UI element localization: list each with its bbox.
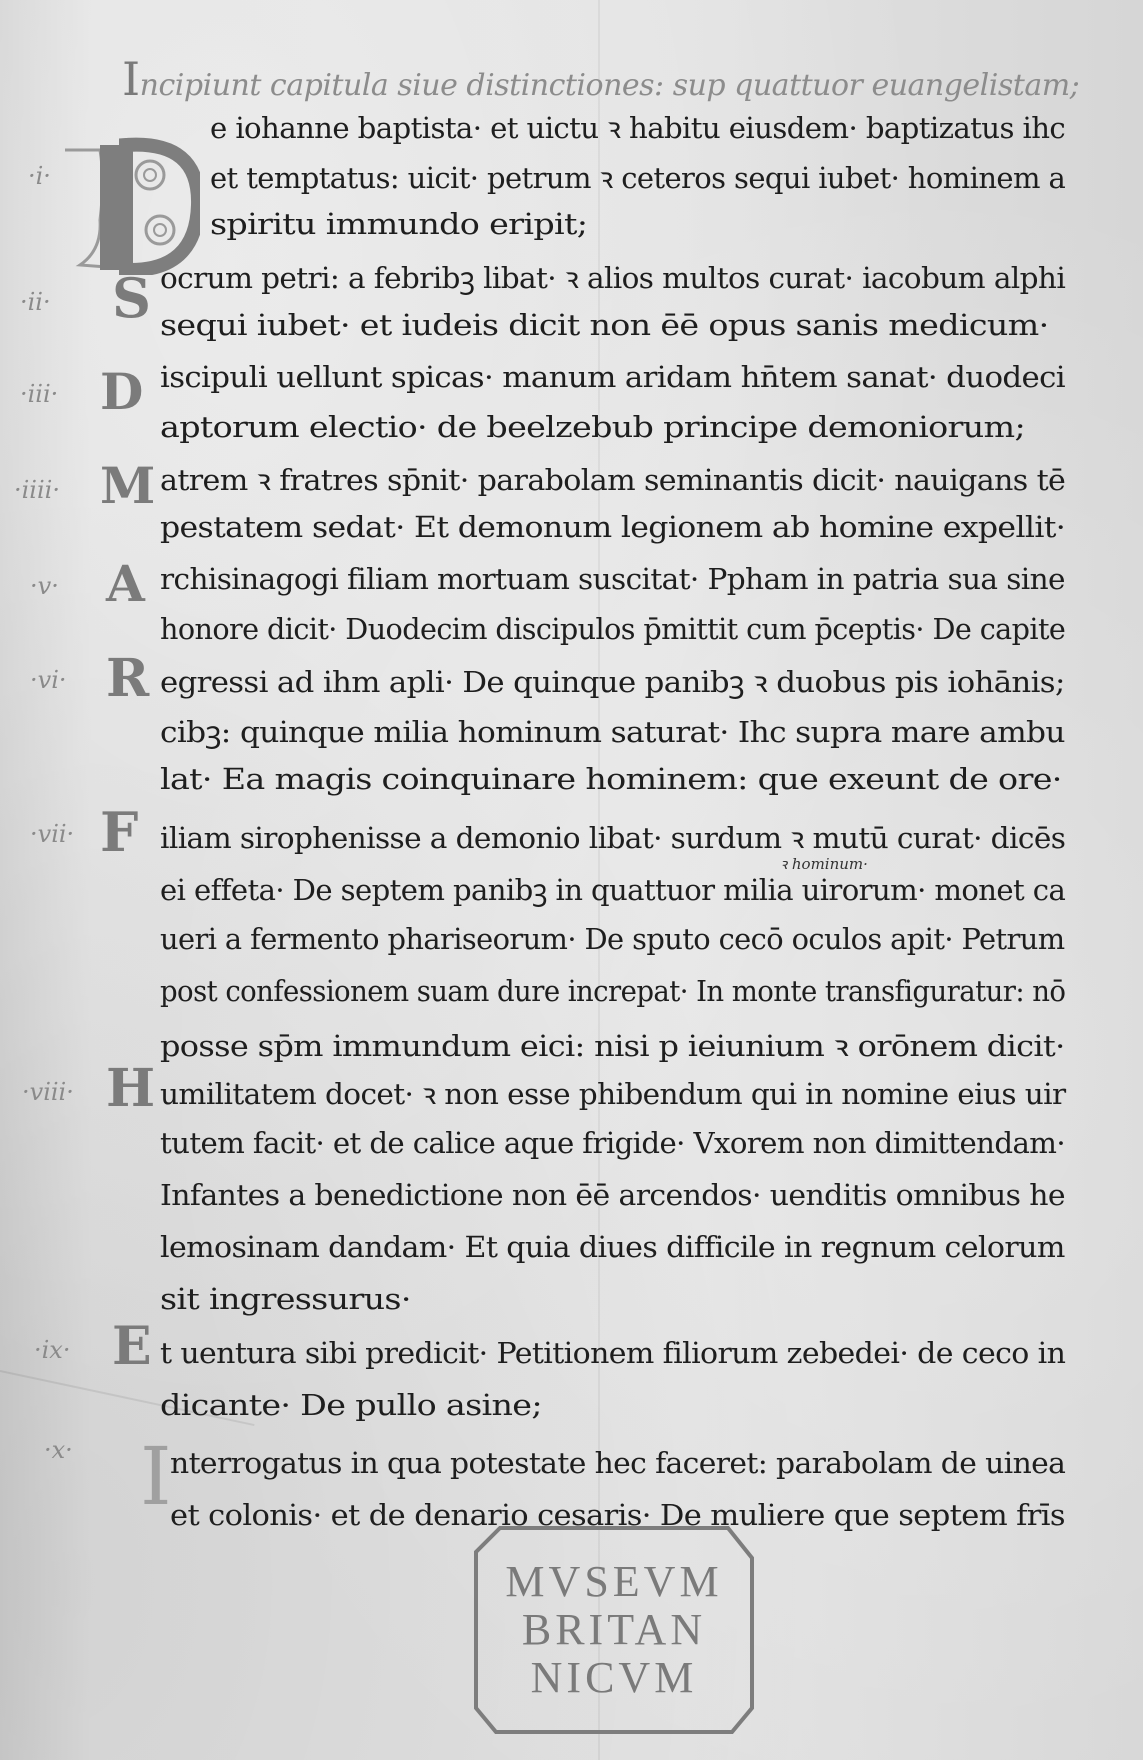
text-line: dicante· De pullo asine;: [160, 1388, 542, 1422]
chapter-numeral: ·vi·: [30, 666, 67, 694]
text-line: tutem facit· et de calice aque frigide· …: [160, 1126, 1065, 1160]
chapter-initial: D: [100, 362, 143, 421]
text-line: et temptatus: uicit· petrum ꝛ ceteros se…: [210, 158, 1065, 197]
stamp-line: BRITAN: [522, 1606, 706, 1654]
text-line: post confessionem suam dure increpat· In…: [160, 974, 1065, 1008]
chapter-numeral: ·i·: [28, 162, 51, 190]
text-line: lemosinam dandam· Et quia diues difficil…: [160, 1230, 1065, 1264]
chapter-initial: A: [106, 554, 145, 613]
chapter-numeral: ·viii·: [22, 1078, 74, 1106]
text-line: honore dicit· Duodecim discipulos p̄mitt…: [160, 612, 1065, 646]
text-line: iliam sirophenisse a demonio libat· surd…: [160, 818, 1065, 857]
text-line: sequi iubet· et iudeis dicit non ēē opus…: [160, 308, 1049, 342]
chapter-numeral: ·ii·: [20, 288, 51, 316]
text-line: t uentura sibi predicit· Petitionem fili…: [160, 1336, 1065, 1370]
text-line: sit ingressurus·: [160, 1282, 411, 1316]
text-line: ei effeta· De septem panibꝫ in quattuor …: [160, 870, 1065, 909]
chapter-numeral: ·iiii·: [14, 476, 60, 504]
text-line: atrem ꝛ fratres sp̄nit· parabolam semina…: [160, 460, 1065, 499]
chapter-initial: I: [140, 1430, 172, 1523]
text-line: ueri a fermento phariseorum· De sputo ce…: [160, 922, 1065, 956]
text-line: umilitatem docet· ꝛ non esse phibendum q…: [160, 1074, 1065, 1113]
chapter-initial: R: [106, 648, 149, 709]
chapter-initial: E: [112, 1316, 152, 1377]
text-line: nterrogatus in qua potestate hec faceret…: [170, 1446, 1065, 1480]
chapter-numeral: ·vii·: [30, 820, 74, 848]
text-line: posse sp̄m immundum eici: nisi p ieiuniu…: [160, 1026, 1065, 1065]
chapter-initial: F: [100, 800, 138, 864]
heading-rubric: Incipiunt capitula siue distinctiones: s…: [122, 52, 1079, 106]
text-line: Infantes a benedictione non ēē arcendos·…: [160, 1178, 1065, 1212]
heading-initial: I: [122, 52, 140, 106]
stamp-line: MVSEVM: [505, 1558, 722, 1606]
text-line: egressi ad ihm apli· De quinque panibꝫ ꝛ…: [160, 662, 1065, 701]
stamp-line: NICVM: [531, 1654, 698, 1702]
manuscript-page: Incipiunt capitula siue distinctiones: s…: [0, 0, 1143, 1760]
text-line: aptorum electio· de beelzebub principe d…: [160, 410, 1025, 444]
text-line: spiritu immundo eripit;: [210, 207, 587, 241]
chapter-initial: M: [100, 456, 155, 515]
text-line: cibꝫ: quinque milia hominum saturat· Ihc…: [160, 712, 1065, 751]
text-line: pestatem sedat· Et demonum legionem ab h…: [160, 510, 1065, 544]
text-line: ocrum petri: a febribꝫ libat· ꝛ alios mu…: [160, 258, 1065, 297]
chapter-initial: S: [112, 266, 151, 330]
text-line: e iohanne baptista· et uictu ꝛ habitu ei…: [210, 108, 1065, 147]
decorated-initial-d-icon: [60, 120, 200, 275]
chapter-numeral: ·iii·: [20, 380, 58, 408]
heading-text: ncipiunt capitula siue distinctiones: su…: [140, 68, 1080, 103]
chapter-numeral: ·v·: [30, 572, 59, 600]
chapter-numeral: ·ix·: [34, 1336, 70, 1364]
museum-stamp: MVSEVM BRITAN NICVM: [478, 1530, 750, 1730]
text-line: rchisinagogi filiam mortuam suscitat· Pp…: [160, 562, 1065, 596]
text-line: lat· Ea magis coinquinare hominem: que e…: [160, 762, 1062, 796]
text-line: iscipuli uellunt spicas· manum aridam hn…: [160, 360, 1065, 394]
chapter-initial: H: [106, 1058, 155, 1119]
chapter-numeral: ·x·: [44, 1436, 73, 1464]
